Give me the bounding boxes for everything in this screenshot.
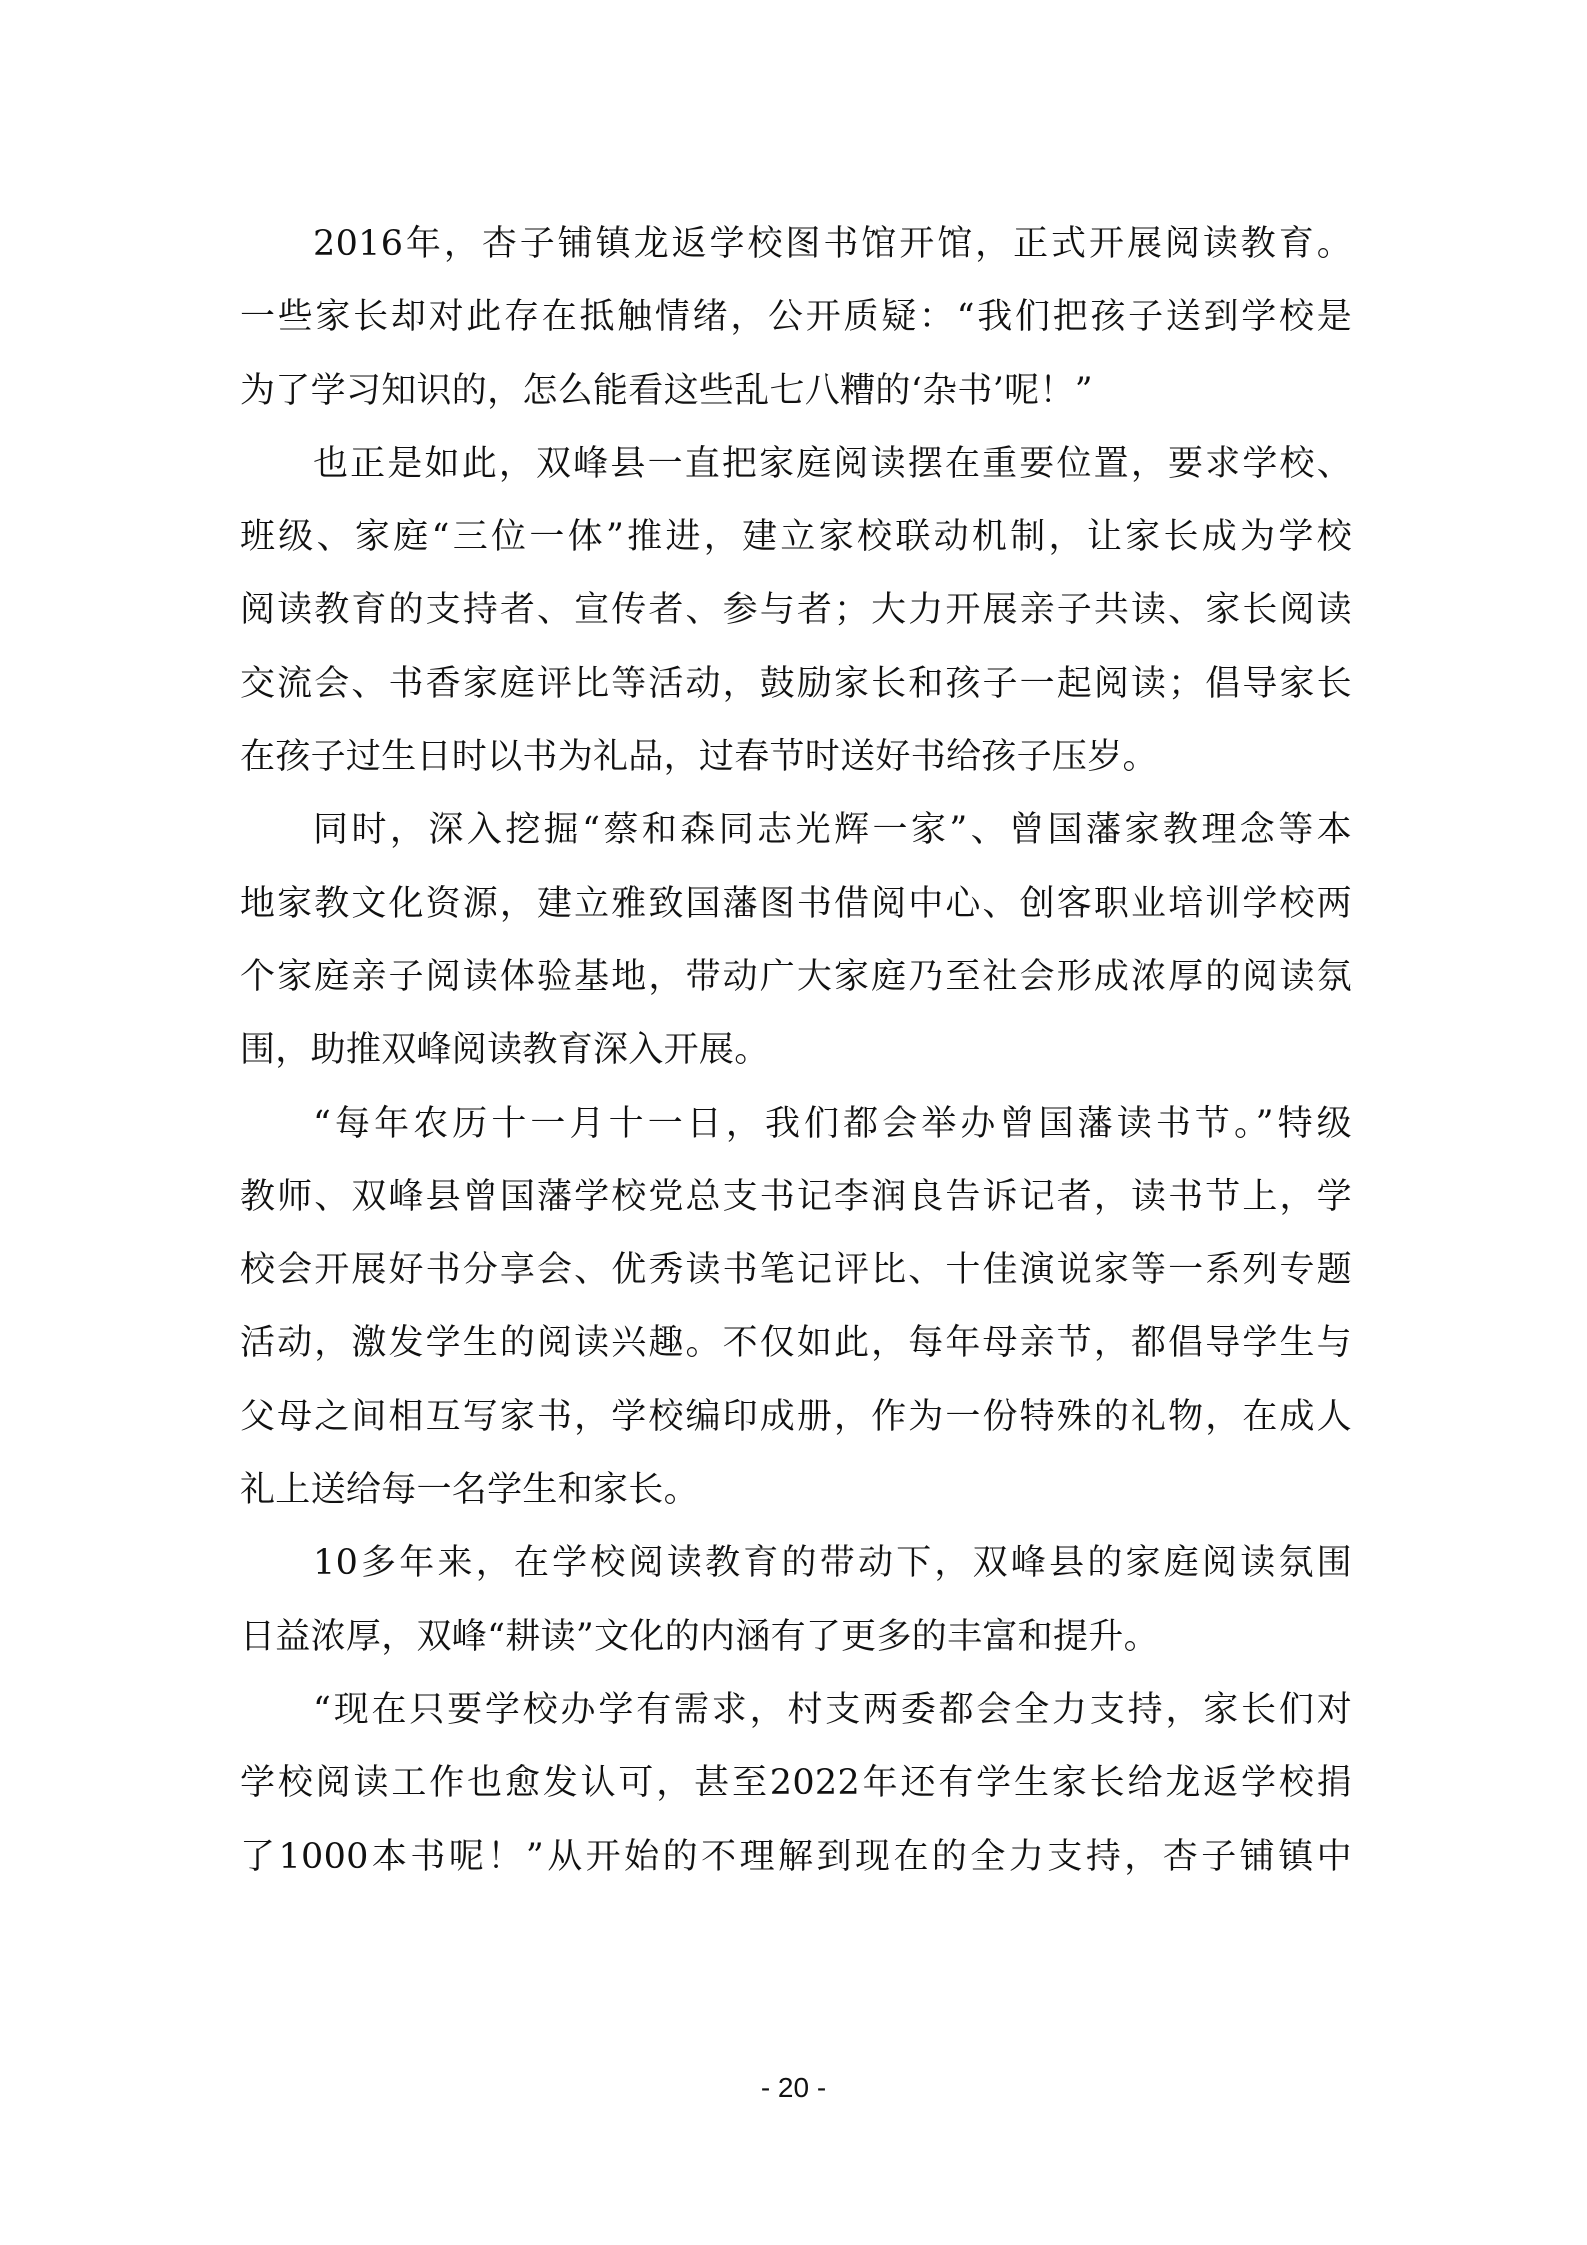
text-line: 一些家长却对此存在抵触情绪，公开质疑：“我们把孩子送到学校是 [240,281,1352,354]
text-line: “每年农历十一月十一日，我们都会举办曾国藩读书节。”特级 [240,1088,1352,1161]
document-page: 2016年，杏子铺镇龙返学校图书馆开馆，正式开展阅读教育。 一些家长却对此存在抵… [0,0,1587,2245]
text-line: 父母之间相互写家书，学校编印成册，作为一份特殊的礼物，在成人 [240,1381,1352,1454]
text-line: 了1000本书呢！”从开始的不理解到现在的全力支持，杏子铺镇中 [240,1821,1352,1894]
text-line: 活动，激发学生的阅读兴趣。不仅如此，每年母亲节，都倡导学生与 [240,1307,1352,1380]
text-line: 校会开展好书分享会、优秀读书笔记评比、十佳演说家等一系列专题 [240,1234,1352,1307]
text-line: 班级、家庭“三位一体”推进，建立家校联动机制，让家长成为学校 [240,501,1352,574]
paragraph-decade-progress: 10多年来，在学校阅读教育的带动下，双峰县的家庭阅读氛围 日益浓厚，双峰“耕读”… [240,1527,1352,1674]
body-text: 2016年，杏子铺镇龙返学校图书馆开馆，正式开展阅读教育。 一些家长却对此存在抵… [240,208,1352,1894]
page-number: - 20 - [0,2072,1587,2104]
text-line: 礼上送给每一名学生和家长。 [240,1454,1352,1527]
paragraph-cultural-resources: 同时，深入挖掘“蔡和森同志光辉一家”、曾国藩家教理念等本 地家教文化资源，建立雅… [240,794,1352,1087]
text-line: 同时，深入挖掘“蔡和森同志光辉一家”、曾国藩家教理念等本 [240,794,1352,867]
text-line: 学校阅读工作也愈发认可，甚至2022年还有学生家长给龙返学校捐 [240,1747,1352,1820]
text-line: 2016年，杏子铺镇龙返学校图书馆开馆，正式开展阅读教育。 [240,208,1352,281]
text-line: 也正是如此，双峰县一直把家庭阅读摆在重要位置，要求学校、 [240,428,1352,501]
text-line: 教师、双峰县曾国藩学校党总支书记李润良告诉记者，读书节上，学 [240,1161,1352,1234]
paragraph-community-support: “现在只要学校办学有需求，村支两委都会全力支持，家长们对 学校阅读工作也愈发认可… [240,1674,1352,1894]
paragraph-family-reading: 也正是如此，双峰县一直把家庭阅读摆在重要位置，要求学校、 班级、家庭“三位一体”… [240,428,1352,794]
text-line: 个家庭亲子阅读体验基地，带动广大家庭乃至社会形成浓厚的阅读氛 [240,941,1352,1014]
text-line: 为了学习知识的，怎么能看这些乱七八糟的‘杂书’呢！” [240,355,1352,428]
text-line: 阅读教育的支持者、宣传者、参与者；大力开展亲子共读、家长阅读 [240,574,1352,647]
text-line: 10多年来，在学校阅读教育的带动下，双峰县的家庭阅读氛围 [240,1527,1352,1600]
text-line: “现在只要学校办学有需求，村支两委都会全力支持，家长们对 [240,1674,1352,1747]
paragraph-library-opening: 2016年，杏子铺镇龙返学校图书馆开馆，正式开展阅读教育。 一些家长却对此存在抵… [240,208,1352,428]
text-line: 交流会、书香家庭评比等活动，鼓励家长和孩子一起阅读；倡导家长 [240,648,1352,721]
paragraph-reading-festival: “每年农历十一月十一日，我们都会举办曾国藩读书节。”特级 教师、双峰县曾国藩学校… [240,1088,1352,1528]
text-line: 日益浓厚，双峰“耕读”文化的内涵有了更多的丰富和提升。 [240,1601,1352,1674]
text-line: 在孩子过生日时以书为礼品，过春节时送好书给孩子压岁。 [240,721,1352,794]
text-line: 围，助推双峰阅读教育深入开展。 [240,1014,1352,1087]
text-line: 地家教文化资源，建立雅致国藩图书借阅中心、创客职业培训学校两 [240,868,1352,941]
